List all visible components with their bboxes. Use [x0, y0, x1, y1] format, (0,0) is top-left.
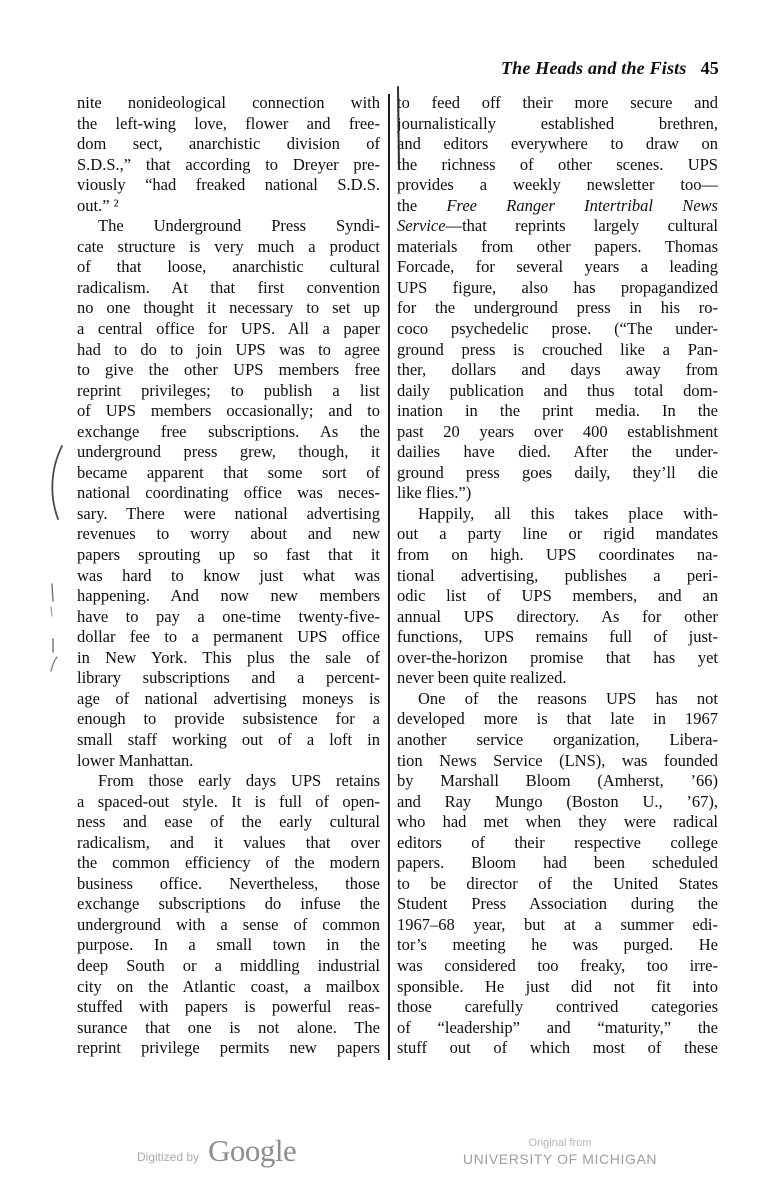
text-line: Service—that reprints largely cultural — [397, 216, 718, 237]
text-line: odic list of UPS members, and an — [397, 586, 718, 607]
text-line: 1967–68 year, but at a summer edi- — [397, 915, 718, 936]
text-line: exchange subscriptions do infuse the — [77, 894, 380, 915]
scanned-book-page: The Heads and the Fists45 nite nonideolo… — [0, 0, 778, 1186]
text-line: small staff working out of a loft in — [77, 730, 380, 751]
text-line: Forcade, for several years a leading — [397, 257, 718, 278]
provenance-note: Original from UNIVERSITY OF MICHIGAN — [420, 1136, 700, 1168]
text-line: reprint privileges; to publish a list — [77, 381, 380, 402]
left-text-column: nite nonideological connection withthe l… — [77, 93, 380, 1059]
text-line: tion News Service (LNS), was founded — [397, 751, 718, 772]
margin-tick-mark — [51, 657, 57, 671]
text-line: was considered too freaky, too irre- — [397, 956, 718, 977]
text-line: became apparent that some sort of — [77, 463, 380, 484]
column-divider-rule — [388, 94, 390, 1060]
margin-tick-mark — [51, 607, 52, 616]
text-line: Student Press Association during the — [397, 894, 718, 915]
text-line: revenues to worry about and new — [77, 524, 380, 545]
text-line: had to do to join UPS was to agree — [77, 340, 380, 361]
text-line: ground press is crouched like a Pan- — [397, 340, 718, 361]
text-line: nite nonideological connection with — [77, 93, 380, 114]
text-line: stuff out of which most of these — [397, 1038, 718, 1059]
text-line: over-the-horizon promise that has yet — [397, 648, 718, 669]
text-line: the left-wing love, flower and free- — [77, 114, 380, 135]
text-line: out.” ² — [77, 196, 380, 217]
text-line: tor’s meeting he was purged. He — [397, 935, 718, 956]
chapter-title: The Heads and the Fists — [501, 58, 687, 78]
text-line: business office. Nevertheless, those — [77, 874, 380, 895]
text-line: like flies.”) — [397, 483, 718, 504]
text-line: One of the reasons UPS has not — [397, 689, 718, 710]
text-line: stuffed with papers is powerful reas- — [77, 997, 380, 1018]
text-line: radicalism, and it values that over — [77, 833, 380, 854]
text-line: underground press grew, though, it — [77, 442, 380, 463]
text-line: cate structure is very much a product — [77, 237, 380, 258]
text-line: papers. Bloom had been scheduled — [397, 853, 718, 874]
text-line: and editors everywhere to draw on — [397, 134, 718, 155]
text-line: was hard to know just what was — [77, 566, 380, 587]
text-line: S.D.S.,” that according to Dreyer pre- — [77, 155, 380, 176]
text-line: surance that one is not alone. The — [77, 1018, 380, 1039]
text-line: a spaced-out style. It is full of open- — [77, 792, 380, 813]
text-line: provides a weekly newsletter too— — [397, 175, 718, 196]
text-line: those carefully contrived categories — [397, 997, 718, 1018]
text-line: to be director of the United States — [397, 874, 718, 895]
text-line: From those early days UPS retains — [77, 771, 380, 792]
text-line: never been quite realized. — [397, 668, 718, 689]
text-line: the Free Ranger Intertribal News — [397, 196, 718, 217]
text-line: editors of their respective college — [397, 833, 718, 854]
text-line: happening. And now new members — [77, 586, 380, 607]
text-line: from on high. UPS coordinates na- — [397, 545, 718, 566]
text-line: tional advertising, publishes a peri- — [397, 566, 718, 587]
text-line: the common efficiency of the modern — [77, 853, 380, 874]
text-line: by Marshall Bloom (Amherst, ’66) — [397, 771, 718, 792]
text-line: no one thought it necessary to set up — [77, 298, 380, 319]
text-line: a central office for UPS. All a paper — [77, 319, 380, 340]
text-line: lower Manhattan. — [77, 751, 380, 772]
italic-title-text: Free Ranger Intertribal News — [446, 196, 718, 215]
text-line: dom sect, anarchistic division of — [77, 134, 380, 155]
text-line: past 20 years over 400 establishment — [397, 422, 718, 443]
text-line: viously “had freaked national S.D.S. — [77, 175, 380, 196]
running-head: The Heads and the Fists45 — [501, 58, 719, 79]
text-line: deep South or a middling industrial — [77, 956, 380, 977]
text-line: of that loose, anarchistic cultural — [77, 257, 380, 278]
text-line: ness and ease of the early cultural — [77, 812, 380, 833]
text-line: of UPS members occasionally; and to — [77, 401, 380, 422]
text-run: the — [397, 196, 446, 215]
text-line: library subscriptions and a percent- — [77, 668, 380, 689]
text-line: another service organization, Libera- — [397, 730, 718, 751]
text-line: The Underground Press Syndi- — [77, 216, 380, 237]
text-line: journalistically established brethren, — [397, 114, 718, 135]
text-run: —that reprints largely cultural — [446, 216, 718, 235]
text-line: ther, dollars and days away from — [397, 360, 718, 381]
text-line: city on the Atlantic coast, a mailbox — [77, 977, 380, 998]
right-text-column: to feed off their more secure andjournal… — [397, 93, 718, 1059]
text-line: have to pay a one-time twenty-five- — [77, 607, 380, 628]
text-line: enough to provide subsistence for a — [77, 709, 380, 730]
text-line: papers sprouting up so fast that it — [77, 545, 380, 566]
text-line: sary. There were national advertising — [77, 504, 380, 525]
text-line: to give the other UPS members free — [77, 360, 380, 381]
text-line: for the underground press in his ro- — [397, 298, 718, 319]
text-line: materials from other papers. Thomas — [397, 237, 718, 258]
text-line: developed more is that late in 1967 — [397, 709, 718, 730]
text-line: radicalism. At that first convention — [77, 278, 380, 299]
text-line: in New York. This plus the sale of — [77, 648, 380, 669]
text-line: national coordinating office was neces- — [77, 483, 380, 504]
text-line: dailies have died. After the under- — [397, 442, 718, 463]
text-line: purpose. In a small town in the — [77, 935, 380, 956]
text-line: coco psychedelic prose. (“The under- — [397, 319, 718, 340]
margin-tick-mark — [52, 584, 53, 601]
google-logo: Google — [208, 1133, 296, 1169]
text-line: and Ray Mungo (Boston U., ’67), — [397, 792, 718, 813]
text-line: reprint privilege permits new papers — [77, 1038, 380, 1059]
italic-title-text: Service — [397, 216, 446, 235]
text-line: of “leadership” and “maturity,” the — [397, 1018, 718, 1039]
text-line: to feed off their more secure and — [397, 93, 718, 114]
text-line: ination in the print media. In the — [397, 401, 718, 422]
margin-paren-mark — [52, 446, 62, 519]
text-line: age of national advertising moneys is — [77, 689, 380, 710]
text-line: sponsible. He just did not fit into — [397, 977, 718, 998]
original-from-label: Original from — [420, 1136, 700, 1150]
text-line: out a party line or rigid mandates — [397, 524, 718, 545]
text-line: underground with a sense of common — [77, 915, 380, 936]
text-line: Happily, all this takes place with- — [397, 504, 718, 525]
text-line: daily publication and thus total dom- — [397, 381, 718, 402]
page-number: 45 — [701, 58, 719, 78]
digitized-by-label: Digitized by — [137, 1150, 199, 1164]
text-line: who had met when they were radical — [397, 812, 718, 833]
digitized-by-google: Digitized by Google — [137, 1133, 296, 1169]
text-line: ground press goes daily, they’ll die — [397, 463, 718, 484]
text-line: exchange free subscriptions. As the — [77, 422, 380, 443]
text-line: UPS figure, also has propagandized — [397, 278, 718, 299]
institution-label: UNIVERSITY OF MICHIGAN — [420, 1150, 700, 1168]
text-line: functions, UPS remains full of just- — [397, 627, 718, 648]
text-line: dollar fee to a permanent UPS office — [77, 627, 380, 648]
text-line: the richness of other scenes. UPS — [397, 155, 718, 176]
text-line: annual UPS directory. As for other — [397, 607, 718, 628]
